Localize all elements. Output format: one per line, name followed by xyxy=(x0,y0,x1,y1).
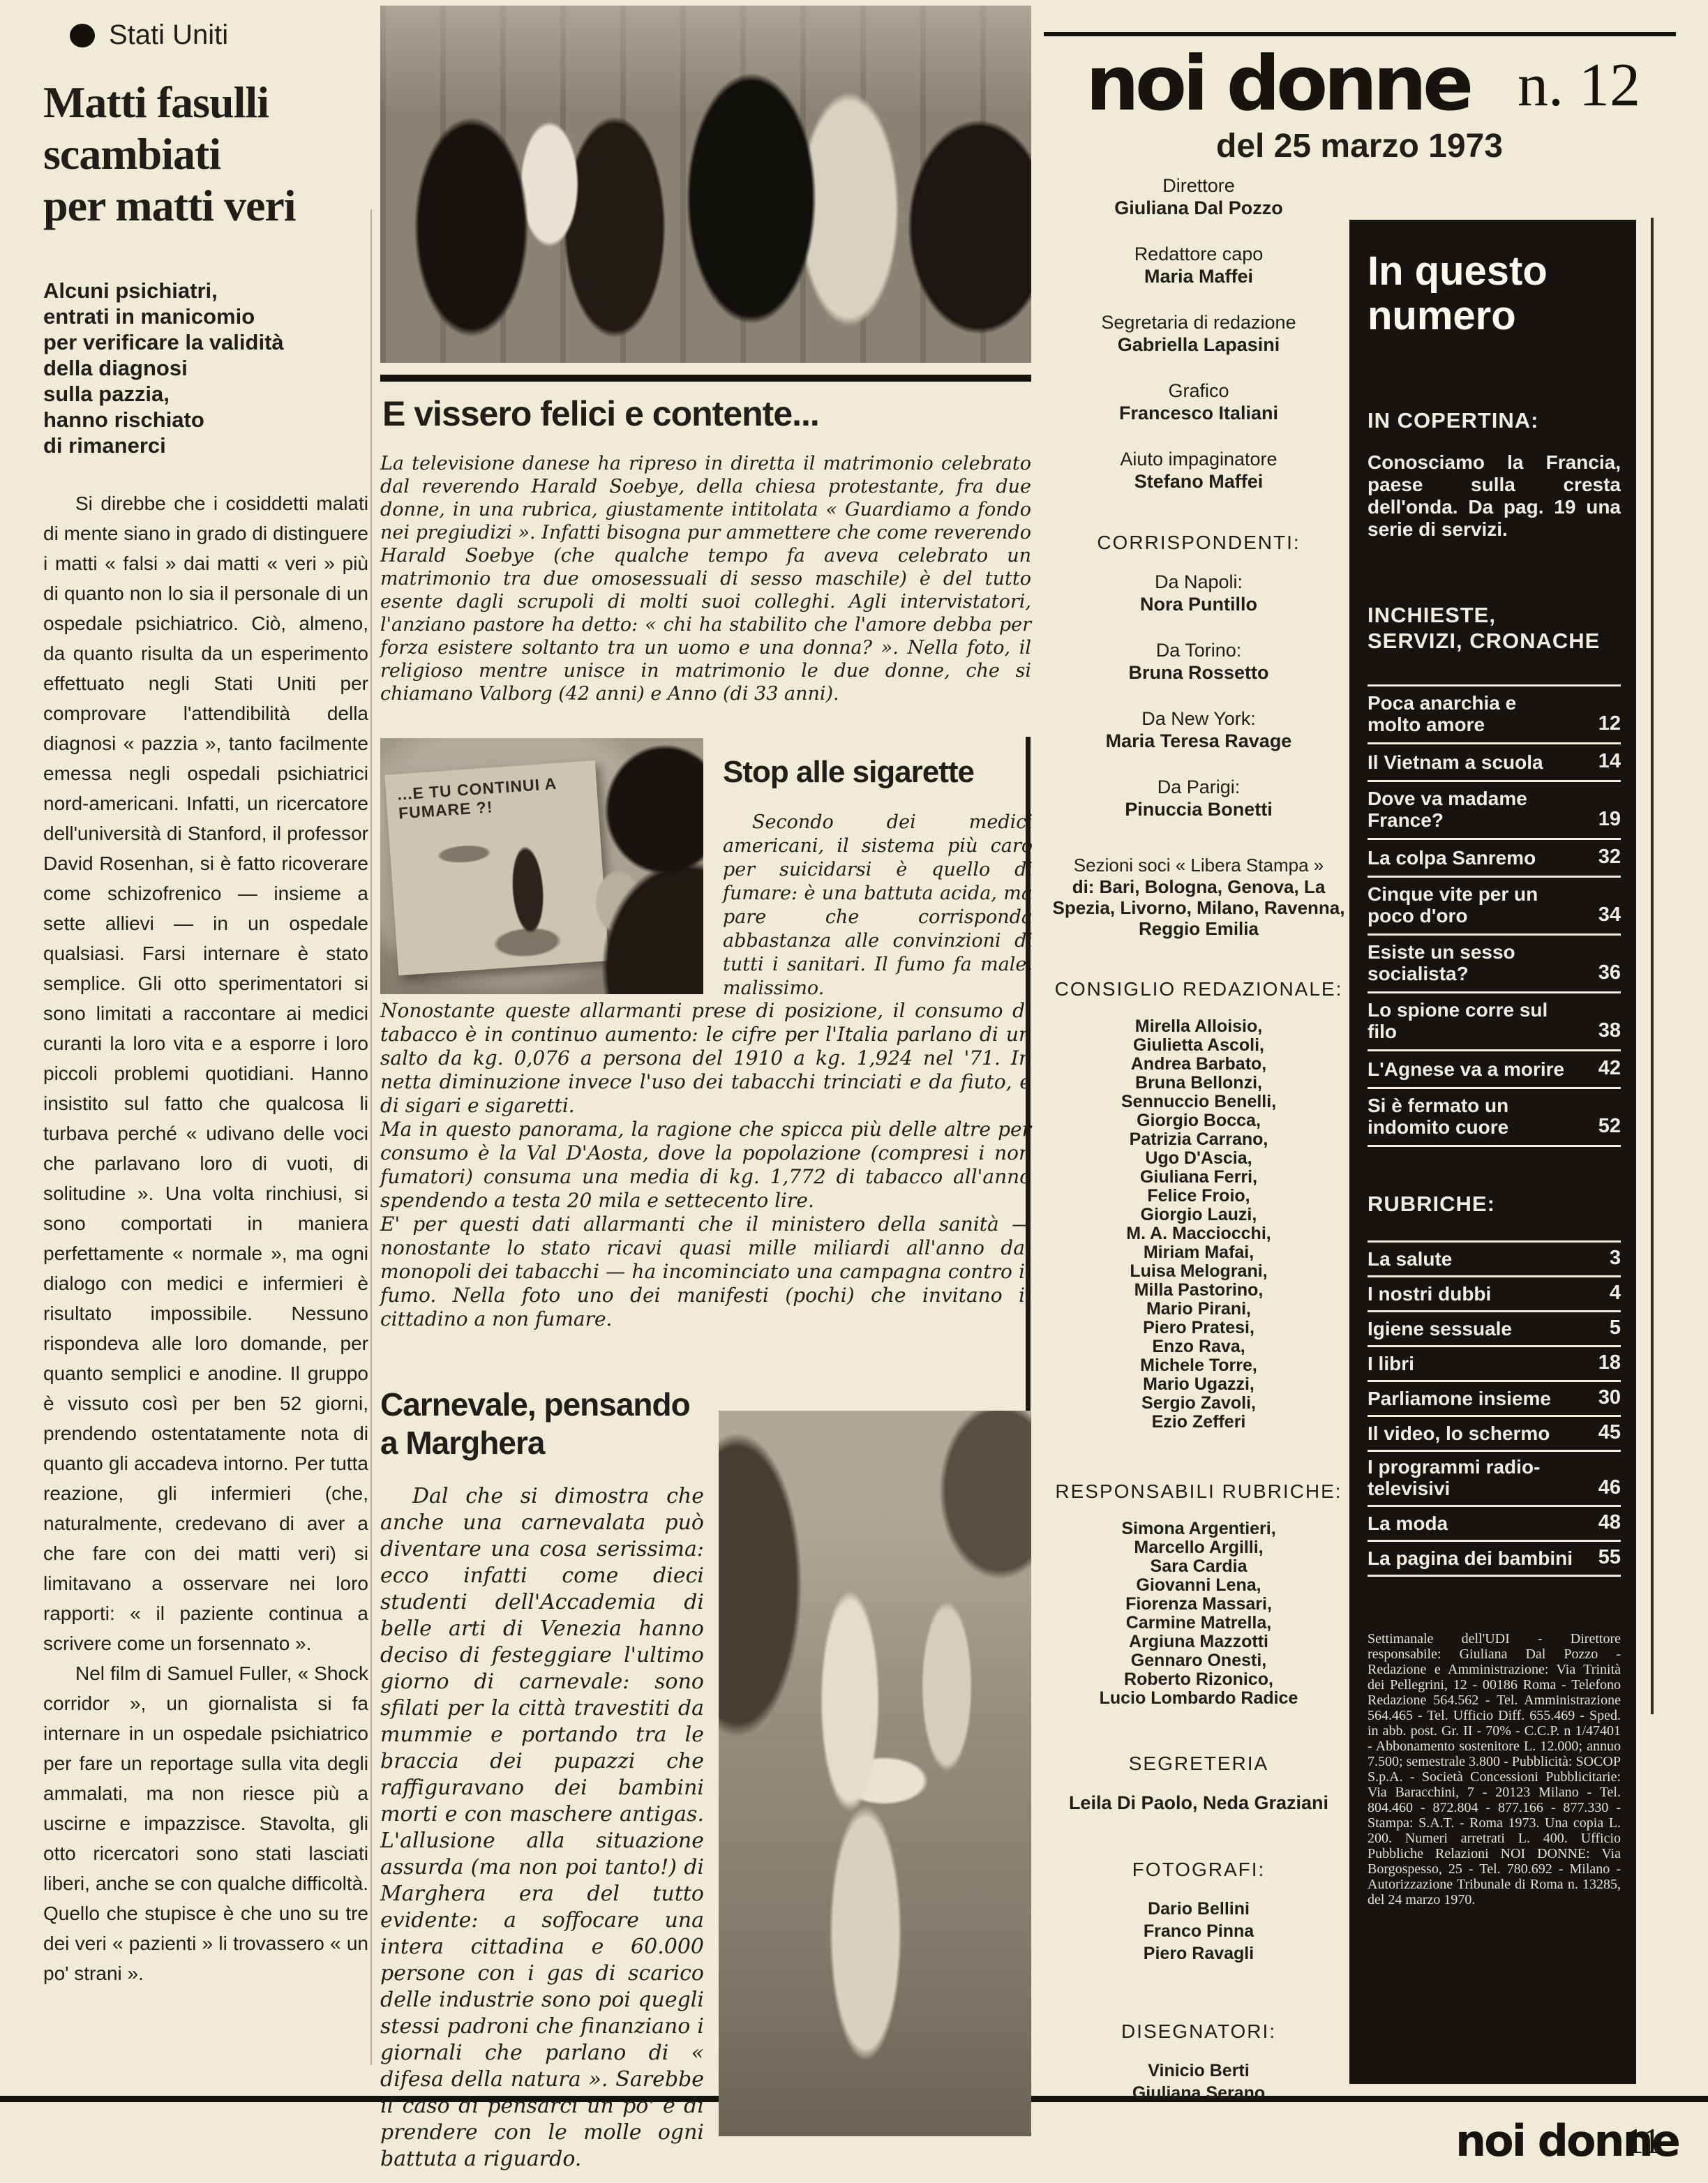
magazine-logo: noi donne xyxy=(1086,40,1469,128)
bullet-dot-icon xyxy=(70,24,95,47)
carnival-photo xyxy=(719,1411,1031,2136)
staff-entry: Segretaria di redazione Gabriella Lapasi… xyxy=(1047,311,1351,356)
article-paragraph: Nonostante queste allarmanti prese di po… xyxy=(380,999,1031,1118)
section-tag: Stati Uniti xyxy=(70,20,228,51)
toc-item: Igiene sessuale5 xyxy=(1368,1312,1621,1347)
sections-note: Sezioni soci « Libera Stampa » di: Bari,… xyxy=(1047,854,1351,939)
article-paragraph: Nel film di Samuel Fuller, « Shock corri… xyxy=(43,1658,368,1988)
toc-item: Esiste un sesso socialista?36 xyxy=(1368,936,1621,993)
toc-item: La salute3 xyxy=(1368,1243,1621,1277)
footer-page-number: 11 xyxy=(1626,2121,1661,2162)
column-heads-list: Simona Argentieri, Marcello Argilli, Sar… xyxy=(1047,1520,1351,1708)
toc-item: Poca anarchia e molto amore12 xyxy=(1368,687,1621,744)
toc-item: La pagina dei bambini55 xyxy=(1368,1542,1621,1577)
toc-item: La moda48 xyxy=(1368,1507,1621,1542)
toc-item: Si è fermato un indomito cuore52 xyxy=(1368,1089,1621,1147)
toc-item: Lo spione corre sul filo38 xyxy=(1368,993,1621,1051)
wedding-article-body: La televisione danese ha ripreso in dire… xyxy=(380,452,1031,705)
toc-item: La colpa Sanremo32 xyxy=(1368,840,1621,878)
staff-entry: Da Parigi: Pinuccia Bonetti xyxy=(1047,776,1351,820)
staff-column: Direttore Giuliana Dal Pozzo Redattore c… xyxy=(1047,174,1351,2104)
toc-title: In questo numero xyxy=(1368,249,1621,338)
page-edge-rule xyxy=(1651,218,1654,1714)
section-tag-label: Stati Uniti xyxy=(109,20,228,51)
staff-entry: Redattore capo Maria Maffei xyxy=(1047,243,1351,287)
toc-item: I programmi radio-televisivi46 xyxy=(1368,1452,1621,1507)
smoker-silhouette xyxy=(557,738,703,994)
correspondents-header: CORRISPONDENTI: xyxy=(1047,532,1351,554)
secretary-header: SEGRETERIA xyxy=(1047,1753,1351,1775)
cover-header: IN COPERTINA: xyxy=(1368,408,1621,433)
magazine-page: Stati Uniti Matti fasulli scambiati per … xyxy=(0,0,1708,2183)
rubrics-header: RUBRICHE: xyxy=(1368,1192,1621,1217)
article-paragraph: Si direbbe che i cosiddetti malati di me… xyxy=(43,488,368,1658)
carnival-article-body: Dal che si dimostra che anche una carnev… xyxy=(380,1483,704,2173)
column-divider xyxy=(370,209,372,2065)
toc-item: I nostri dubbi4 xyxy=(1368,1277,1621,1312)
toc-item: I libri18 xyxy=(1368,1347,1621,1382)
anti-smoking-poster-photo: ...E TU CONTINUI A FUMARE ?! xyxy=(380,738,703,994)
staff-entry: Da New York: Maria Teresa Ravage xyxy=(1047,707,1351,752)
issue-date: del 25 marzo 1973 xyxy=(1216,127,1503,165)
toc-item: Il video, lo schermo45 xyxy=(1368,1417,1621,1452)
in-this-issue-box: In questo numero IN COPERTINA: Conosciam… xyxy=(1349,220,1636,2084)
article-body: Si direbbe che i cosiddetti malati di me… xyxy=(43,488,368,1988)
photographers-header: FOTOGRAFI: xyxy=(1047,1859,1351,1881)
colophon: Settimanale dell'UDI - Direttore respons… xyxy=(1368,1631,1621,1907)
article-paragraph: Ma in questo panorama, la ragione che sp… xyxy=(380,1118,1031,1213)
illustrators-list: Vinicio Berti Giuliana Serano xyxy=(1047,2060,1351,2104)
smoking-article-intro: Secondo dei medici americani, il sistema… xyxy=(723,811,1033,1000)
staff-entry: Aiuto impaginatore Stefano Maffei xyxy=(1047,448,1351,493)
illustrators-header: DISEGNATORI: xyxy=(1047,2020,1351,2043)
toc-item: Il Vietnam a scuola14 xyxy=(1368,744,1621,782)
toc-item: L'Agnese va a morire42 xyxy=(1368,1051,1621,1089)
rubrics-list: La salute3 I nostri dubbi4 Igiene sessua… xyxy=(1368,1240,1621,1577)
horizontal-rule xyxy=(380,375,1031,382)
staff-entry: Da Napoli: Nora Puntillo xyxy=(1047,571,1351,615)
secretary-names: Leila Di Paolo, Neda Graziani xyxy=(1047,1792,1351,1814)
column-heads-header: RESPONSABILI RUBRICHE: xyxy=(1047,1480,1351,1503)
article-paragraph: E' per questi dati allarmanti che il min… xyxy=(380,1213,1031,1331)
staff-entry: Grafico Francesco Italiani xyxy=(1047,380,1351,424)
staff-entry: Da Torino: Bruna Rossetto xyxy=(1047,639,1351,684)
toc-item: Cinque vite per un poco d'oro34 xyxy=(1368,878,1621,936)
editorial-board-list: Mirella Alloisio, Giulietta Ascoli, Andr… xyxy=(1047,1017,1351,1432)
toc-item: Parliamone insieme30 xyxy=(1368,1382,1621,1417)
carnival-article-title: Carnevale, pensando a Marghera xyxy=(380,1386,690,1462)
editorial-board-header: CONSIGLIO REDAZIONALE: xyxy=(1047,978,1351,1000)
article-title: Matti fasulli scambiati per matti veri xyxy=(43,77,371,232)
smoking-article-body: Nonostante queste allarmanti prese di po… xyxy=(380,999,1031,1331)
smoking-article-title: Stop alle sigarette xyxy=(723,755,974,790)
features-header: INCHIESTE, SERVIZI, CRONACHE xyxy=(1368,602,1621,654)
photographers-list: Dario Bellini Franco Pinna Piero Ravagli xyxy=(1047,1898,1351,1965)
staff-entry: Direttore Giuliana Dal Pozzo xyxy=(1047,174,1351,219)
horizontal-rule xyxy=(1044,32,1676,36)
wedding-article-title: E vissero felici e contente... xyxy=(382,393,819,434)
cover-text: Conosciamo la Francia, paese sulla crest… xyxy=(1368,451,1621,541)
article-standfirst: Alcuni psichiatri, entrati in manicomio … xyxy=(43,278,366,458)
toc-item: Dove va madame France?19 xyxy=(1368,782,1621,840)
issue-number: n. 12 xyxy=(1518,50,1640,121)
features-list: Poca anarchia e molto amore12 Il Vietnam… xyxy=(1368,684,1621,1147)
wedding-photo xyxy=(380,6,1031,363)
